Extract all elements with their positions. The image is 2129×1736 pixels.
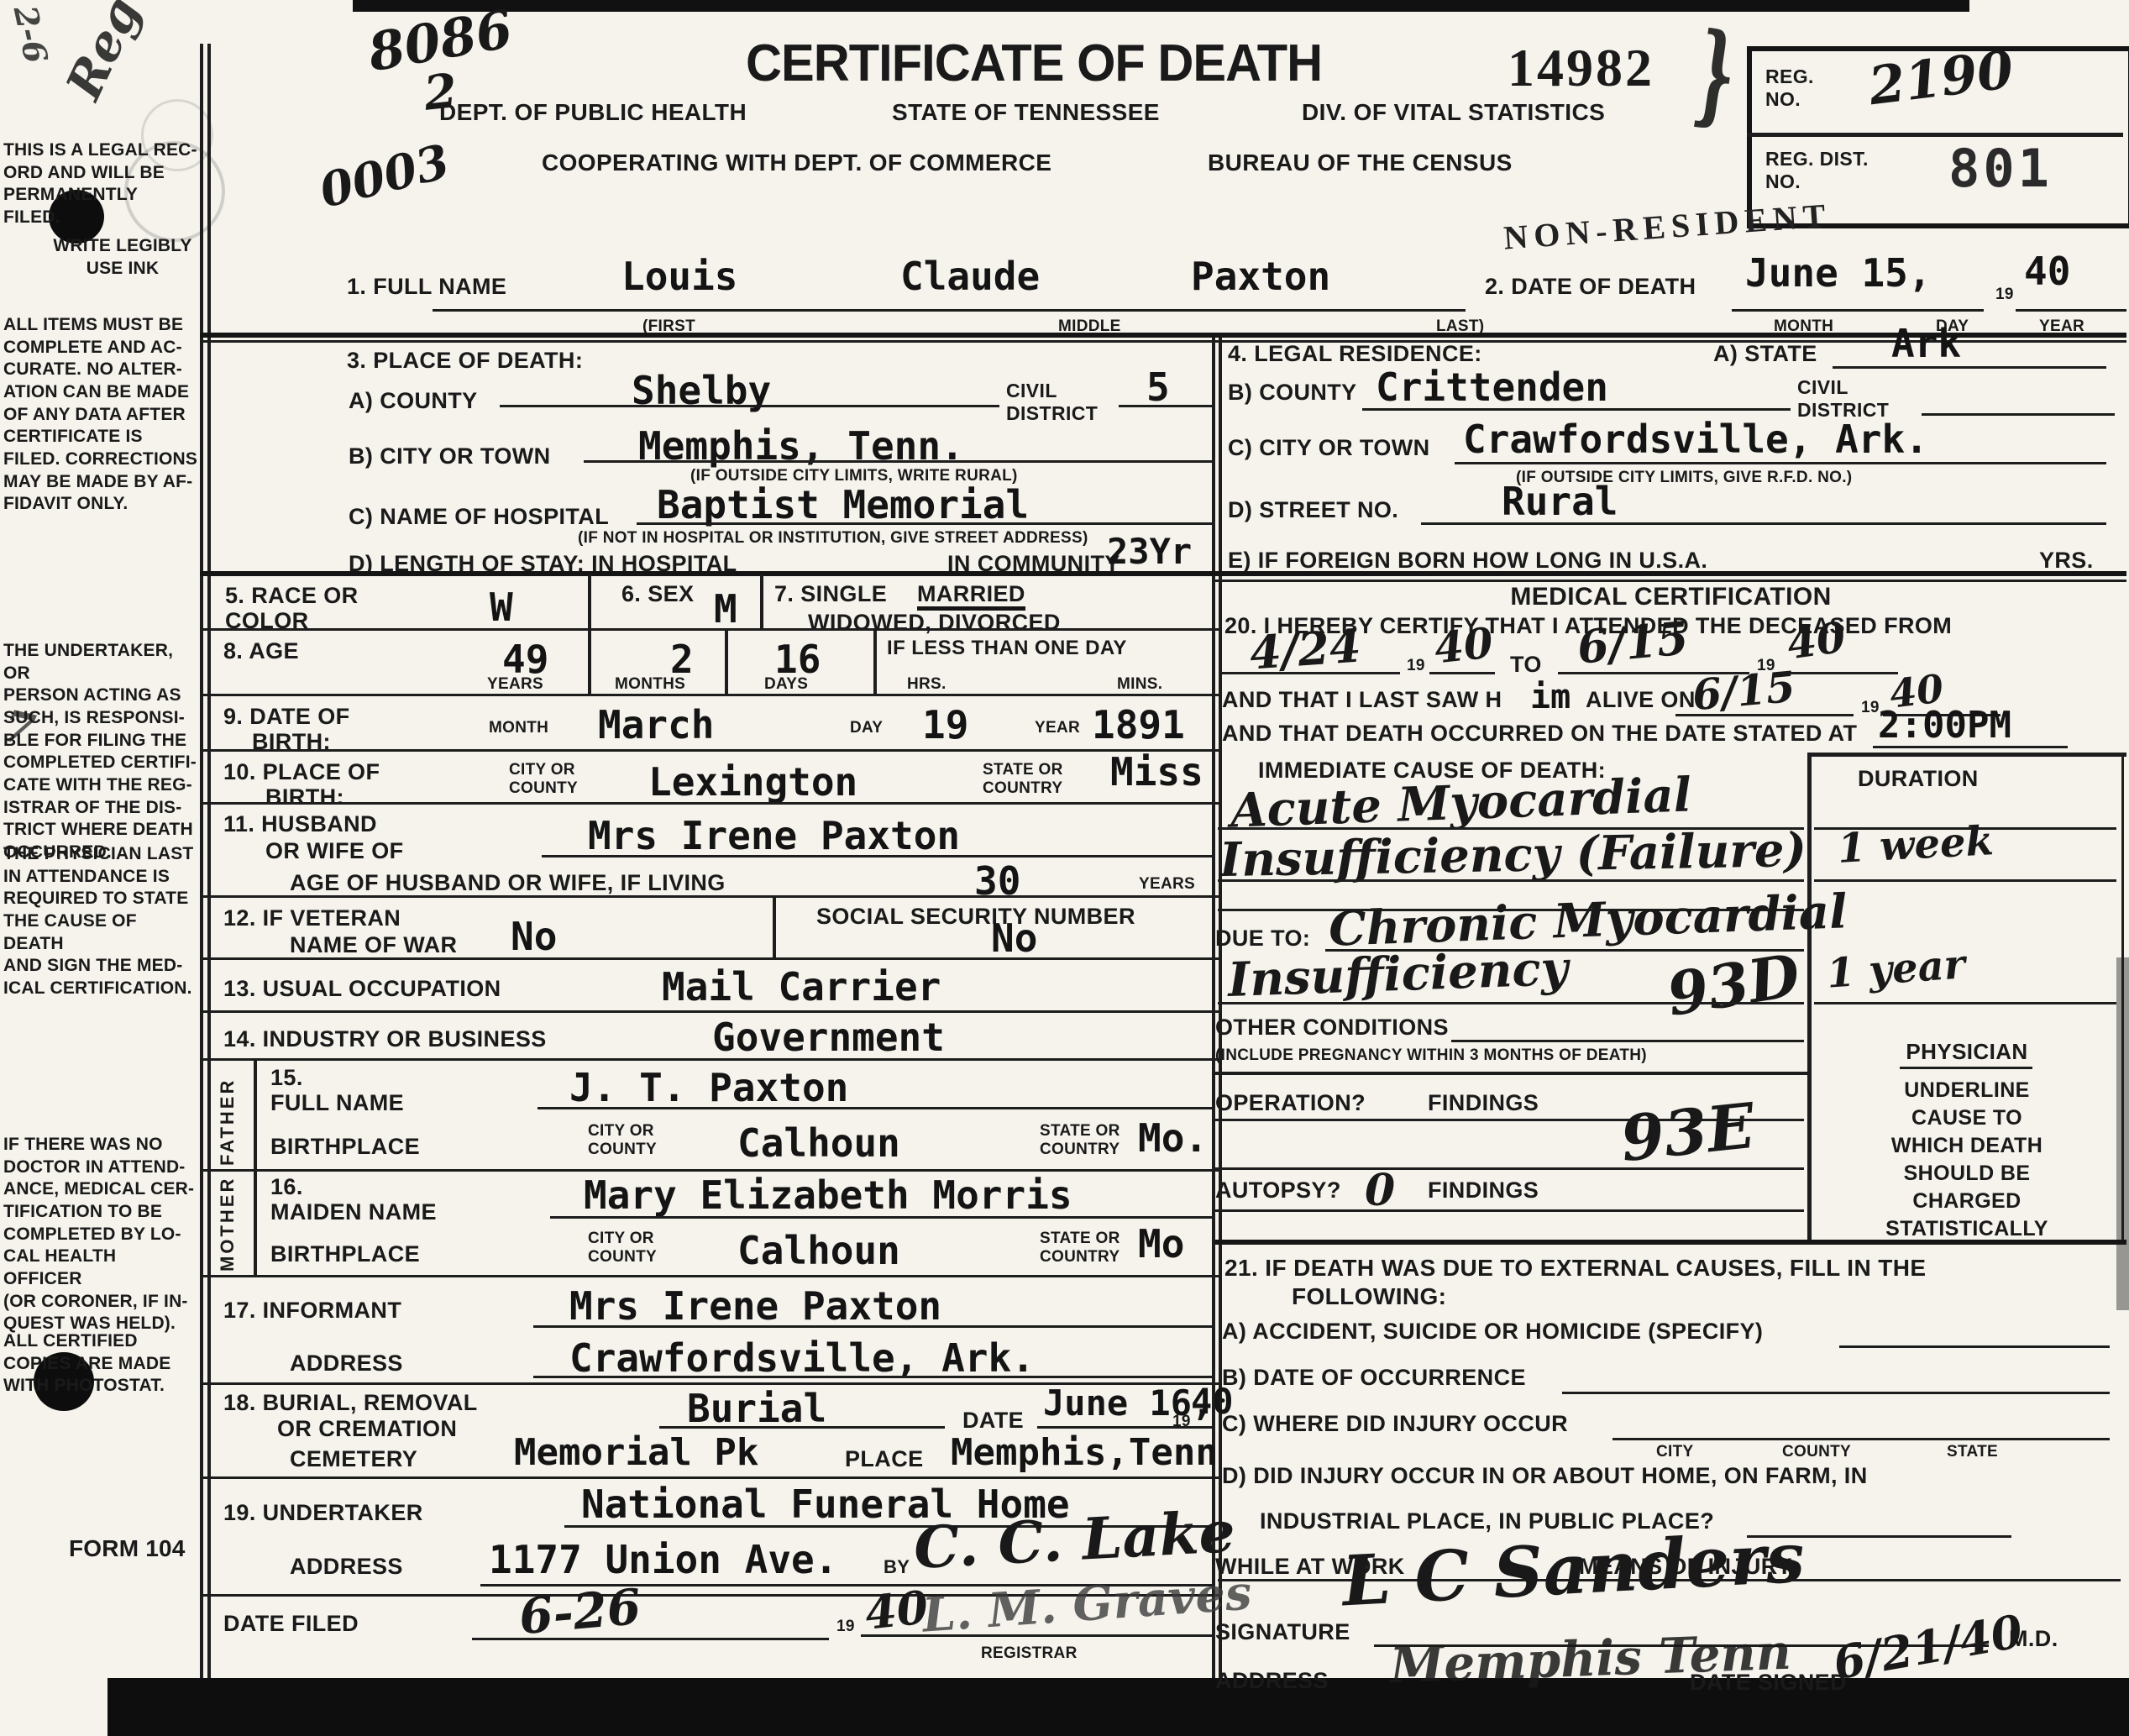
cell-divider xyxy=(588,574,591,628)
field-15-number: 15. xyxy=(270,1065,303,1090)
underline xyxy=(537,1107,1212,1109)
field-2-label: 2. DATE OF DEATH xyxy=(1485,274,1696,299)
registrar-signature: L. M. Graves xyxy=(921,1569,1254,1639)
caption-county: COUNTY xyxy=(1782,1443,1851,1461)
section-rule xyxy=(1212,580,2126,582)
signature-label: SIGNATURE xyxy=(1215,1619,1350,1644)
non-resident-stamp: NON-RESIDENT xyxy=(1502,195,1833,257)
age-years-value: 49 xyxy=(502,640,548,679)
registrar-caption: REGISTRAR xyxy=(981,1644,1078,1663)
birth-day-value: 19 xyxy=(922,705,968,744)
autopsy-value: 0 xyxy=(1365,1169,1395,1213)
field-15-label: FULL NAME xyxy=(270,1090,404,1115)
birth-year-value: 1891 xyxy=(1092,705,1185,744)
burial-place-value: Memphis,Tenn xyxy=(951,1434,1218,1471)
birth-state-value: Miss xyxy=(1110,753,1203,791)
duration-box-top xyxy=(1807,753,2126,757)
underline xyxy=(584,460,1212,463)
field-10-label-2: BIRTH: xyxy=(265,784,344,810)
underline xyxy=(1922,413,2115,416)
page-title: CERTIFICATE OF DEATH xyxy=(746,34,1322,93)
undertaker-signature: C. C. Lake xyxy=(912,1503,1236,1577)
birth-city-value: Lexington xyxy=(648,763,857,801)
underline xyxy=(659,1426,945,1429)
field-21a-label: A) ACCIDENT, SUICIDE OR HOMICIDE (SPECIF… xyxy=(1222,1319,1763,1344)
field-5-label: 5. RACE OR COLOR xyxy=(225,583,359,633)
ssn-label: SOCIAL SECURITY NUMBER xyxy=(816,904,1135,929)
underline xyxy=(550,1216,1212,1219)
pregnancy-caption: (INCLUDE PREGNANCY WITHIN 3 MONTHS OF DE… xyxy=(1215,1046,1647,1065)
physician-signature: L C Sanders xyxy=(1340,1524,1806,1617)
field-10-label: 10. PLACE OF xyxy=(223,759,380,784)
full-name-last: Paxton xyxy=(1191,257,1330,296)
header-bureau: BUREAU OF THE CENSUS xyxy=(1208,149,1513,176)
cell-divider xyxy=(588,628,591,695)
age-months-value: 2 xyxy=(670,640,694,679)
underline xyxy=(542,855,1212,858)
physician-label: PHYSICIAN xyxy=(1807,1040,2126,1064)
occupation-value: Mail Carrier xyxy=(662,968,941,1006)
field-13-label: 13. USUAL OCCUPATION xyxy=(223,976,501,1001)
margin-note-no-doctor: IF THERE WAS NO DOCTOR IN ATTEND- ANCE, … xyxy=(3,1134,198,1335)
yrs-label: YRS. xyxy=(2039,548,2094,573)
field-7-label: 7. SINGLE xyxy=(774,581,887,606)
caption-month: MONTH xyxy=(489,719,548,737)
underline xyxy=(1429,672,1495,674)
field-20-line3: AND THAT DEATH OCCURRED ON THE DATE STAT… xyxy=(1222,721,1857,746)
field-18-label-2: OR CREMATION xyxy=(277,1416,457,1441)
underline xyxy=(1037,1426,1212,1429)
due-to-line2: Insufficiency xyxy=(1227,945,1569,1004)
field-3a-label: A) COUNTY xyxy=(349,388,478,413)
field-3-label: 3. PLACE OF DEATH: xyxy=(347,348,583,373)
field-12-label-2: NAME OF WAR xyxy=(290,932,457,957)
section-rule xyxy=(200,957,1219,960)
reg-dist-value: 801 xyxy=(1948,138,2053,199)
underline xyxy=(1675,714,1854,716)
header-division: DIV. OF VITAL STATISTICS xyxy=(1302,99,1605,125)
veteran-value: No xyxy=(511,917,557,956)
caption-years: YEARS xyxy=(487,675,543,694)
cell-divider xyxy=(873,628,877,695)
age-days-value: 16 xyxy=(774,640,821,679)
industry-value: Government xyxy=(712,1018,945,1057)
section-rule xyxy=(200,1275,1219,1277)
field-1-label: 1. FULL NAME xyxy=(347,274,506,299)
registration-box-divider xyxy=(1747,133,2123,137)
attended-to-date: 6/15 xyxy=(1576,615,1691,669)
hospital-name: Baptist Memorial xyxy=(657,485,1029,524)
field-21-line1: 21. IF DEATH WAS DUE TO EXTERNAL CAUSES,… xyxy=(1224,1255,1926,1281)
findings-label: FINDINGS xyxy=(1428,1090,1539,1115)
medical-certification-heading: MEDICAL CERTIFICATION xyxy=(1215,583,2126,611)
underline xyxy=(433,309,1466,312)
cemetery-value: Memorial Pk xyxy=(514,1434,758,1471)
pen-bracket: } xyxy=(1694,17,1737,131)
civil-district-label: CIVIL DISTRICT xyxy=(1797,376,1889,422)
marital-status-married: MARRIED xyxy=(917,581,1025,611)
physician-note: UNDERLINE CAUSE TO WHICH DEATH SHOULD BE… xyxy=(1807,1077,2126,1243)
section-rule xyxy=(200,1169,1219,1172)
attended-to-year: 40 xyxy=(1785,616,1848,665)
residence-state: Ark xyxy=(1891,324,1961,363)
section-rule xyxy=(200,1010,1219,1013)
underline xyxy=(1451,1040,1804,1042)
cell-divider xyxy=(254,1169,257,1275)
attended-from-date: 4/24 xyxy=(1248,622,1362,675)
underline xyxy=(1814,879,2116,882)
underline xyxy=(472,1638,829,1640)
section-rule xyxy=(200,1476,1219,1479)
underline xyxy=(1362,408,1791,411)
field-4e-label: E) IF FOREIGN BORN HOW LONG IN U.S.A. xyxy=(1228,548,1707,573)
cemetery-label: CEMETERY xyxy=(290,1446,417,1471)
section-rule xyxy=(200,628,1219,631)
informant-value: Mrs Irene Paxton xyxy=(569,1287,941,1325)
underline xyxy=(1779,672,1898,674)
margin-note-legal-record: THIS IS A LEGAL REC- ORD AND WILL BE PER… xyxy=(3,139,198,229)
caption-state-or-country: STATE OR COUNTRY xyxy=(1040,1230,1120,1267)
sex-value: M xyxy=(714,590,737,628)
field-9-label: 9. DATE OF xyxy=(223,704,350,729)
header-dept: DEPT. OF PUBLIC HEALTH xyxy=(439,99,747,125)
underline xyxy=(1218,879,1804,882)
caption-city-or-county: CITY OR COUNTY xyxy=(509,761,578,798)
burial-date-label: DATE xyxy=(962,1408,1024,1433)
field-19-label: 19. UNDERTAKER xyxy=(223,1500,423,1525)
field-3b-label: B) CITY OR TOWN xyxy=(349,443,551,469)
caption-city-or-county: CITY OR COUNTY xyxy=(588,1122,657,1159)
underline xyxy=(2016,309,2126,312)
caption-day: DAY xyxy=(850,719,883,737)
undertaker-address-value: 1177 Union Ave. xyxy=(489,1540,837,1579)
caption-days: DAYS xyxy=(764,675,808,694)
mother-birth-city: Calhoun xyxy=(737,1231,900,1270)
underline xyxy=(1814,1002,2116,1004)
findings-label: FINDINGS xyxy=(1428,1177,1539,1203)
underline xyxy=(1562,1392,2110,1394)
printed-19: 19 xyxy=(1407,657,1425,675)
underline xyxy=(1833,366,2106,369)
cell-divider xyxy=(773,895,776,957)
field-4b-label: B) COUNTY xyxy=(1228,380,1357,405)
margin-note-write-legibly: WRITE LEGIBLY USE INK xyxy=(49,235,197,280)
father-name-value: J. T. Paxton xyxy=(569,1068,848,1107)
section-rule xyxy=(200,802,1219,805)
caption-hrs: HRS. xyxy=(907,675,947,694)
death-certificate-scan: Reg 2-6 7 THIS IS A LEGAL REC- ORD AND W… xyxy=(0,0,2129,1736)
header-cooperating: COOPERATING WITH DEPT. OF COMMERCE xyxy=(542,149,1051,176)
father-side-label: FATHER xyxy=(217,1068,239,1166)
civil-district-value: 5 xyxy=(1146,368,1170,406)
field-20-line2a: AND THAT I LAST SAW H xyxy=(1222,687,1502,712)
him-typed: im xyxy=(1530,680,1571,714)
informant-address-value: Crawfordsville, Ark. xyxy=(569,1339,1035,1377)
margin-note-photostat: ALL CERTIFIED COPIES ARE MADE WITH PHOTO… xyxy=(3,1330,198,1398)
due-to-label: DUE TO: xyxy=(1215,926,1310,951)
reg-dist-label: REG. DIST. NO. xyxy=(1765,148,1869,193)
caption-year: YEAR xyxy=(1035,719,1080,737)
caption-mins: MINS. xyxy=(1117,675,1162,694)
autopsy-label: AUTOPSY? xyxy=(1215,1177,1341,1203)
ssn-value: No xyxy=(991,919,1037,957)
caption-city-or-county: CITY OR COUNTY xyxy=(588,1230,657,1267)
field-20-line2b: ALIVE ON xyxy=(1586,687,1696,712)
section-rule xyxy=(200,571,1219,576)
birth-month-value: March xyxy=(598,705,714,744)
form-border xyxy=(200,44,203,1678)
spouse-age-label: AGE OF HUSBAND OR WIFE, IF LIVING xyxy=(290,870,726,895)
to-label: TO xyxy=(1510,652,1542,677)
race-value: W xyxy=(490,588,513,627)
cause-duration-value: 1 week xyxy=(1837,821,1995,869)
field-8-label: 8. AGE xyxy=(223,638,299,663)
corner-scribble: 2-6 xyxy=(9,3,52,66)
signature-address-label: ADDRESS xyxy=(1215,1668,1329,1693)
field-4-label: 4. LEGAL RESIDENCE: xyxy=(1228,341,1482,366)
underline xyxy=(637,522,1212,525)
underline xyxy=(861,1634,1212,1637)
section-rule xyxy=(200,340,2126,343)
father-birthplace-label: BIRTHPLACE xyxy=(270,1134,420,1159)
civil-district-label: CIVIL DISTRICT xyxy=(1006,380,1098,425)
field-14-label: 14. INDUSTRY OR BUSINESS xyxy=(223,1026,547,1052)
informant-address-label: ADDRESS xyxy=(290,1351,403,1376)
caption-months: MONTHS xyxy=(615,675,685,694)
underline xyxy=(1215,1167,1804,1170)
underline xyxy=(500,405,999,407)
caption-state-or-country: STATE OR COUNTRY xyxy=(983,761,1063,798)
field-21c-label: C) WHERE DID INJURY OCCUR xyxy=(1222,1411,1568,1436)
margin-note-all-items: ALL ITEMS MUST BE COMPLETE AND AC- CURAT… xyxy=(3,314,198,516)
due-duration-value: 1 year xyxy=(1826,944,1967,994)
undertaker-address-label: ADDRESS xyxy=(290,1554,403,1579)
residence-street: Rural xyxy=(1502,482,1618,521)
field-4a-label: A) STATE xyxy=(1713,341,1817,366)
field-3c-label: C) NAME OF HOSPITAL xyxy=(349,504,609,529)
field-12-label: 12. IF VETERAN xyxy=(223,905,401,931)
field-18-label: 18. BURIAL, REMOVAL xyxy=(223,1390,478,1415)
residence-city: Crawfordsville, Ark. xyxy=(1463,420,1928,459)
cause-of-death-line2: Insufficiency (Failure) xyxy=(1219,826,1807,884)
field-17-label: 17. INFORMANT xyxy=(223,1298,401,1323)
underline xyxy=(1839,1345,2110,1348)
section-rule xyxy=(200,895,1219,898)
section-rule xyxy=(200,333,2126,338)
mother-birth-state: Mo xyxy=(1138,1225,1184,1263)
section-rule xyxy=(200,1058,1219,1061)
underline xyxy=(1421,522,2106,525)
reg-no-label: REG. NO. xyxy=(1765,66,1814,111)
field-21b-label: B) DATE OF OCCURRENCE xyxy=(1222,1365,1526,1390)
field-7-label-2: WIDOWED, DIVORCED xyxy=(808,610,1061,635)
pen-file-number: 0003 xyxy=(316,138,454,215)
field-21d-label: D) DID INJURY OCCUR IN OR ABOUT HOME, ON… xyxy=(1222,1463,1868,1488)
form-number: FORM 104 xyxy=(69,1534,186,1564)
cell-divider xyxy=(760,574,763,628)
if-less-than-one-day-label: IF LESS THAN ONE DAY xyxy=(887,637,1127,660)
operation-label: OPERATION? xyxy=(1215,1090,1366,1115)
cell-divider xyxy=(254,1058,257,1169)
section-rule xyxy=(200,694,1219,696)
mother-side-label: MOTHER xyxy=(217,1172,239,1272)
field-11-label: 11. HUSBAND xyxy=(223,811,377,837)
underline xyxy=(1455,462,2106,464)
caption-not-in-hospital: (IF NOT IN HOSPITAL OR INSTITUTION, GIVE… xyxy=(578,529,1088,548)
field-16-label: MAIDEN NAME xyxy=(270,1199,437,1225)
other-conditions-label: OTHER CONDITIONS xyxy=(1215,1015,1449,1040)
field-21-line2: FOLLOWING: xyxy=(1292,1283,1446,1309)
printed-19: 19 xyxy=(836,1618,855,1636)
caption-city: CITY xyxy=(1656,1443,1693,1461)
community-stay-value: 23Yr xyxy=(1107,534,1192,569)
caption-years: YEARS xyxy=(1139,875,1195,894)
attended-from-year: 40 xyxy=(1433,621,1495,669)
physician-divider xyxy=(1900,1067,2032,1069)
burial-place-label: PLACE xyxy=(845,1446,924,1471)
caption-state: STATE xyxy=(1947,1443,1998,1461)
underline xyxy=(1215,1209,1804,1212)
mother-birthplace-label: BIRTHPLACE xyxy=(270,1241,420,1267)
section-rule xyxy=(1212,571,2126,576)
underline xyxy=(533,1376,1212,1378)
burial-value: Burial xyxy=(687,1389,826,1428)
field-4c-label: C) CITY OR TOWN xyxy=(1228,435,1430,460)
full-name-middle: Claude xyxy=(900,257,1040,296)
underline xyxy=(533,1325,1212,1328)
header-state: STATE OF TENNESSEE xyxy=(892,99,1160,125)
mother-name-value: Mary Elizabeth Morris xyxy=(584,1176,1072,1214)
pencil-code-93e: 93E xyxy=(1618,1095,1758,1171)
underline xyxy=(1218,1002,1804,1004)
underline xyxy=(1873,746,2068,748)
death-time-value: 2:00PM xyxy=(1878,707,2011,744)
underline xyxy=(1119,405,1212,407)
field-6-label: 6. SEX xyxy=(621,581,694,606)
section-rule xyxy=(200,749,1219,752)
caption-state-or-country: STATE OR COUNTRY xyxy=(1040,1122,1120,1159)
section-rule xyxy=(1215,1072,1807,1075)
field-16-number: 16. xyxy=(270,1174,303,1199)
last-saw-alive-date: 6/15 xyxy=(1691,666,1797,716)
date-signed-label: DATE SIGNED xyxy=(1690,1670,1847,1695)
certificate-number: 14982 xyxy=(1508,37,1654,99)
date-filed-value: 6-26 xyxy=(517,1582,643,1641)
section-rule xyxy=(1215,1240,2126,1245)
field-11-label-2: OR WIFE OF xyxy=(265,838,403,863)
spouse-name-value: Mrs Irene Paxton xyxy=(588,816,960,855)
father-birth-city: Calhoun xyxy=(737,1124,900,1162)
corner-scribble: Reg xyxy=(59,0,148,106)
father-birth-state: Mo. xyxy=(1138,1119,1208,1157)
underline xyxy=(1219,672,1400,674)
death-year-value: 40 xyxy=(2024,252,2070,291)
printed-19: 19 xyxy=(1995,286,2014,304)
date-filed-label: DATE FILED xyxy=(223,1611,359,1636)
margin-note-undertaker: THE UNDERTAKER, OR PERSON ACTING AS SUCH… xyxy=(3,640,198,864)
duration-label: DURATION xyxy=(1858,766,1979,791)
field-4d-label: D) STREET NO. xyxy=(1228,497,1398,522)
form-border xyxy=(207,44,211,1678)
death-date-value: June 15, xyxy=(1745,254,1932,292)
underline xyxy=(1612,1438,2110,1440)
by-label: BY xyxy=(884,1557,910,1578)
residence-county: Crittenden xyxy=(1376,368,1608,406)
full-name-first: Louis xyxy=(621,257,737,296)
pencil-code-93d: 93D xyxy=(1663,946,1803,1025)
date-signed-value: 6/21/40 xyxy=(1830,1608,2026,1686)
cell-divider xyxy=(725,628,728,695)
printed-19: 19 xyxy=(1861,699,1880,717)
underline xyxy=(1732,309,1984,312)
margin-note-physician: THE PHYSICIAN LAST IN ATTENDANCE IS REQU… xyxy=(3,843,198,1000)
